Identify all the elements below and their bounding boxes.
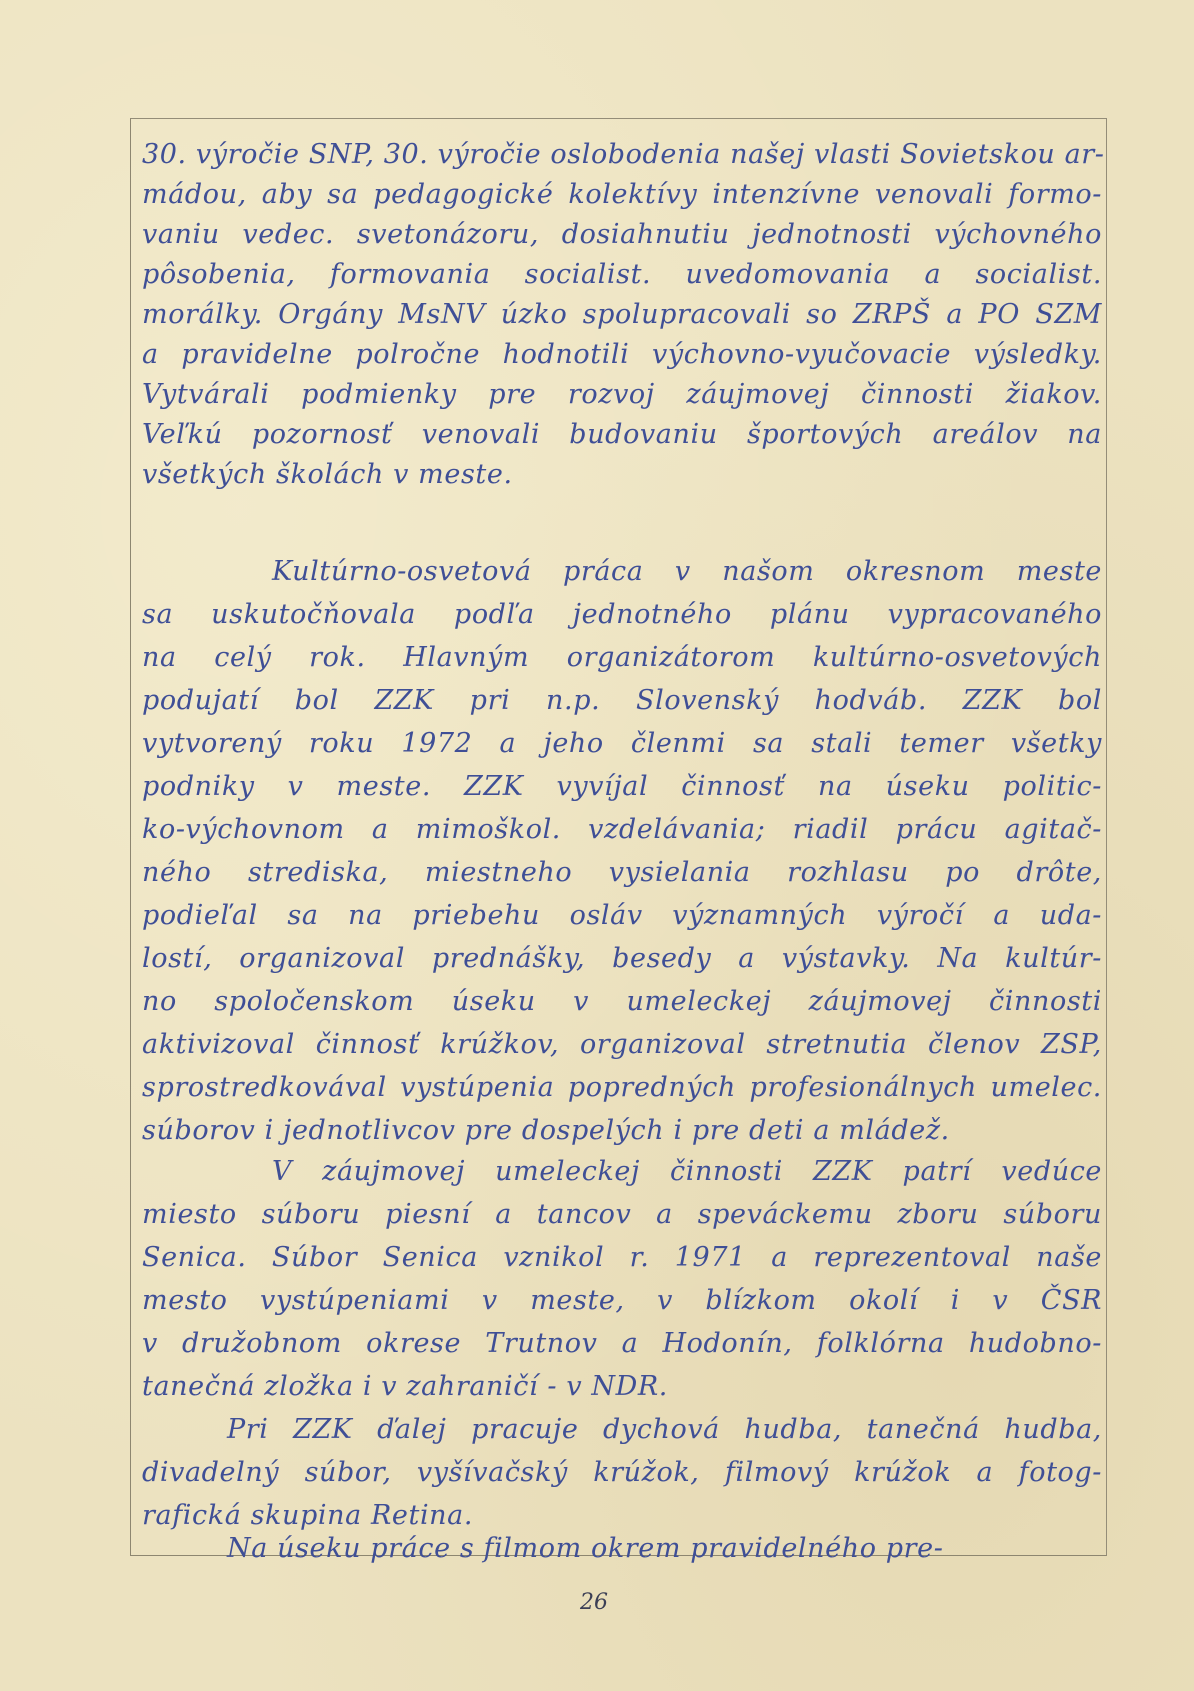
text-line: tanečná zložka i v zahraničí - v NDR.: [142, 1370, 1102, 1404]
paragraph-start-line: V záujmovej umeleckej činnosti ZZK patrí…: [142, 1155, 1102, 1189]
text-line: Vytvárali podmienky pre rozvoj záujmovej…: [142, 378, 1102, 412]
text-line: na celý rok. Hlavným organizátorom kultú…: [142, 641, 1102, 675]
text-line: vaniu vedec. svetonázoru, dosiahnutiu je…: [142, 218, 1102, 252]
text-line: lostí, organizoval prednášky, besedy a v…: [142, 942, 1102, 976]
text-line: podniky v meste. ZZK vyvíjal činnosť na …: [142, 770, 1102, 804]
text-line: sprostredkovával vystúpenia popredných p…: [142, 1071, 1102, 1105]
text-line: aktivizoval činnosť krúžkov, organizoval…: [142, 1028, 1102, 1062]
paragraph-start-line: Na úseku práce s filmom okrem pravidelné…: [142, 1532, 1102, 1566]
text-line: všetkých školách v meste.: [142, 458, 1102, 492]
text-line: no spoločenskom úseku v umeleckej záujmo…: [142, 985, 1102, 1019]
text-line: v družobnom okrese Trutnov a Hodonín, fo…: [142, 1327, 1102, 1361]
text-line: Senica. Súbor Senica vznikol r. 1971 a r…: [142, 1241, 1102, 1275]
text-line: podujatí bol ZZK pri n.p. Slovenský hodv…: [142, 684, 1102, 718]
text-line: pôsobenia, formovania socialist. uvedomo…: [142, 258, 1102, 292]
text-line: mádou, aby sa pedagogické kolektívy inte…: [142, 178, 1102, 212]
text-line: ného strediska, miestneho vysielania roz…: [142, 856, 1102, 890]
text-line: ko-výchovnom a mimoškol. vzdelávania; ri…: [142, 813, 1102, 847]
text-line: vytvorený roku 1972 a jeho členmi sa sta…: [142, 727, 1102, 761]
paragraph-start-line: Kultúrno-osvetová práca v našom okresnom…: [142, 555, 1102, 589]
text-line: 30. výročie SNP, 30. výročie oslobodenia…: [142, 138, 1102, 172]
document-page: 30. výročie SNP, 30. výročie oslobodenia…: [0, 0, 1194, 1691]
text-line: podieľal sa na priebehu osláv významných…: [142, 899, 1102, 933]
text-line: morálky. Orgány MsNV úzko spolupracovali…: [142, 298, 1102, 332]
text-line: rafická skupina Retina.: [142, 1499, 1102, 1533]
text-line: a pravidelne polročne hodnotili výchovno…: [142, 338, 1102, 372]
text-line: sa uskutočňovala podľa jednotného plánu …: [142, 598, 1102, 632]
text-line: mesto vystúpeniami v meste, v blízkom ok…: [142, 1284, 1102, 1318]
text-line: miesto súboru piesní a tancov a spevácke…: [142, 1198, 1102, 1232]
paragraph-start-line: Pri ZZK ďalej pracuje dychová hudba, tan…: [142, 1413, 1102, 1447]
page-number: 26: [580, 1590, 608, 1615]
text-line: súborov i jednotlivcov pre dospelých i p…: [142, 1114, 1102, 1148]
text-line: divadelný súbor, vyšívačský krúžok, film…: [142, 1456, 1102, 1490]
text-line: Veľkú pozornosť venovali budovaniu šport…: [142, 418, 1102, 452]
